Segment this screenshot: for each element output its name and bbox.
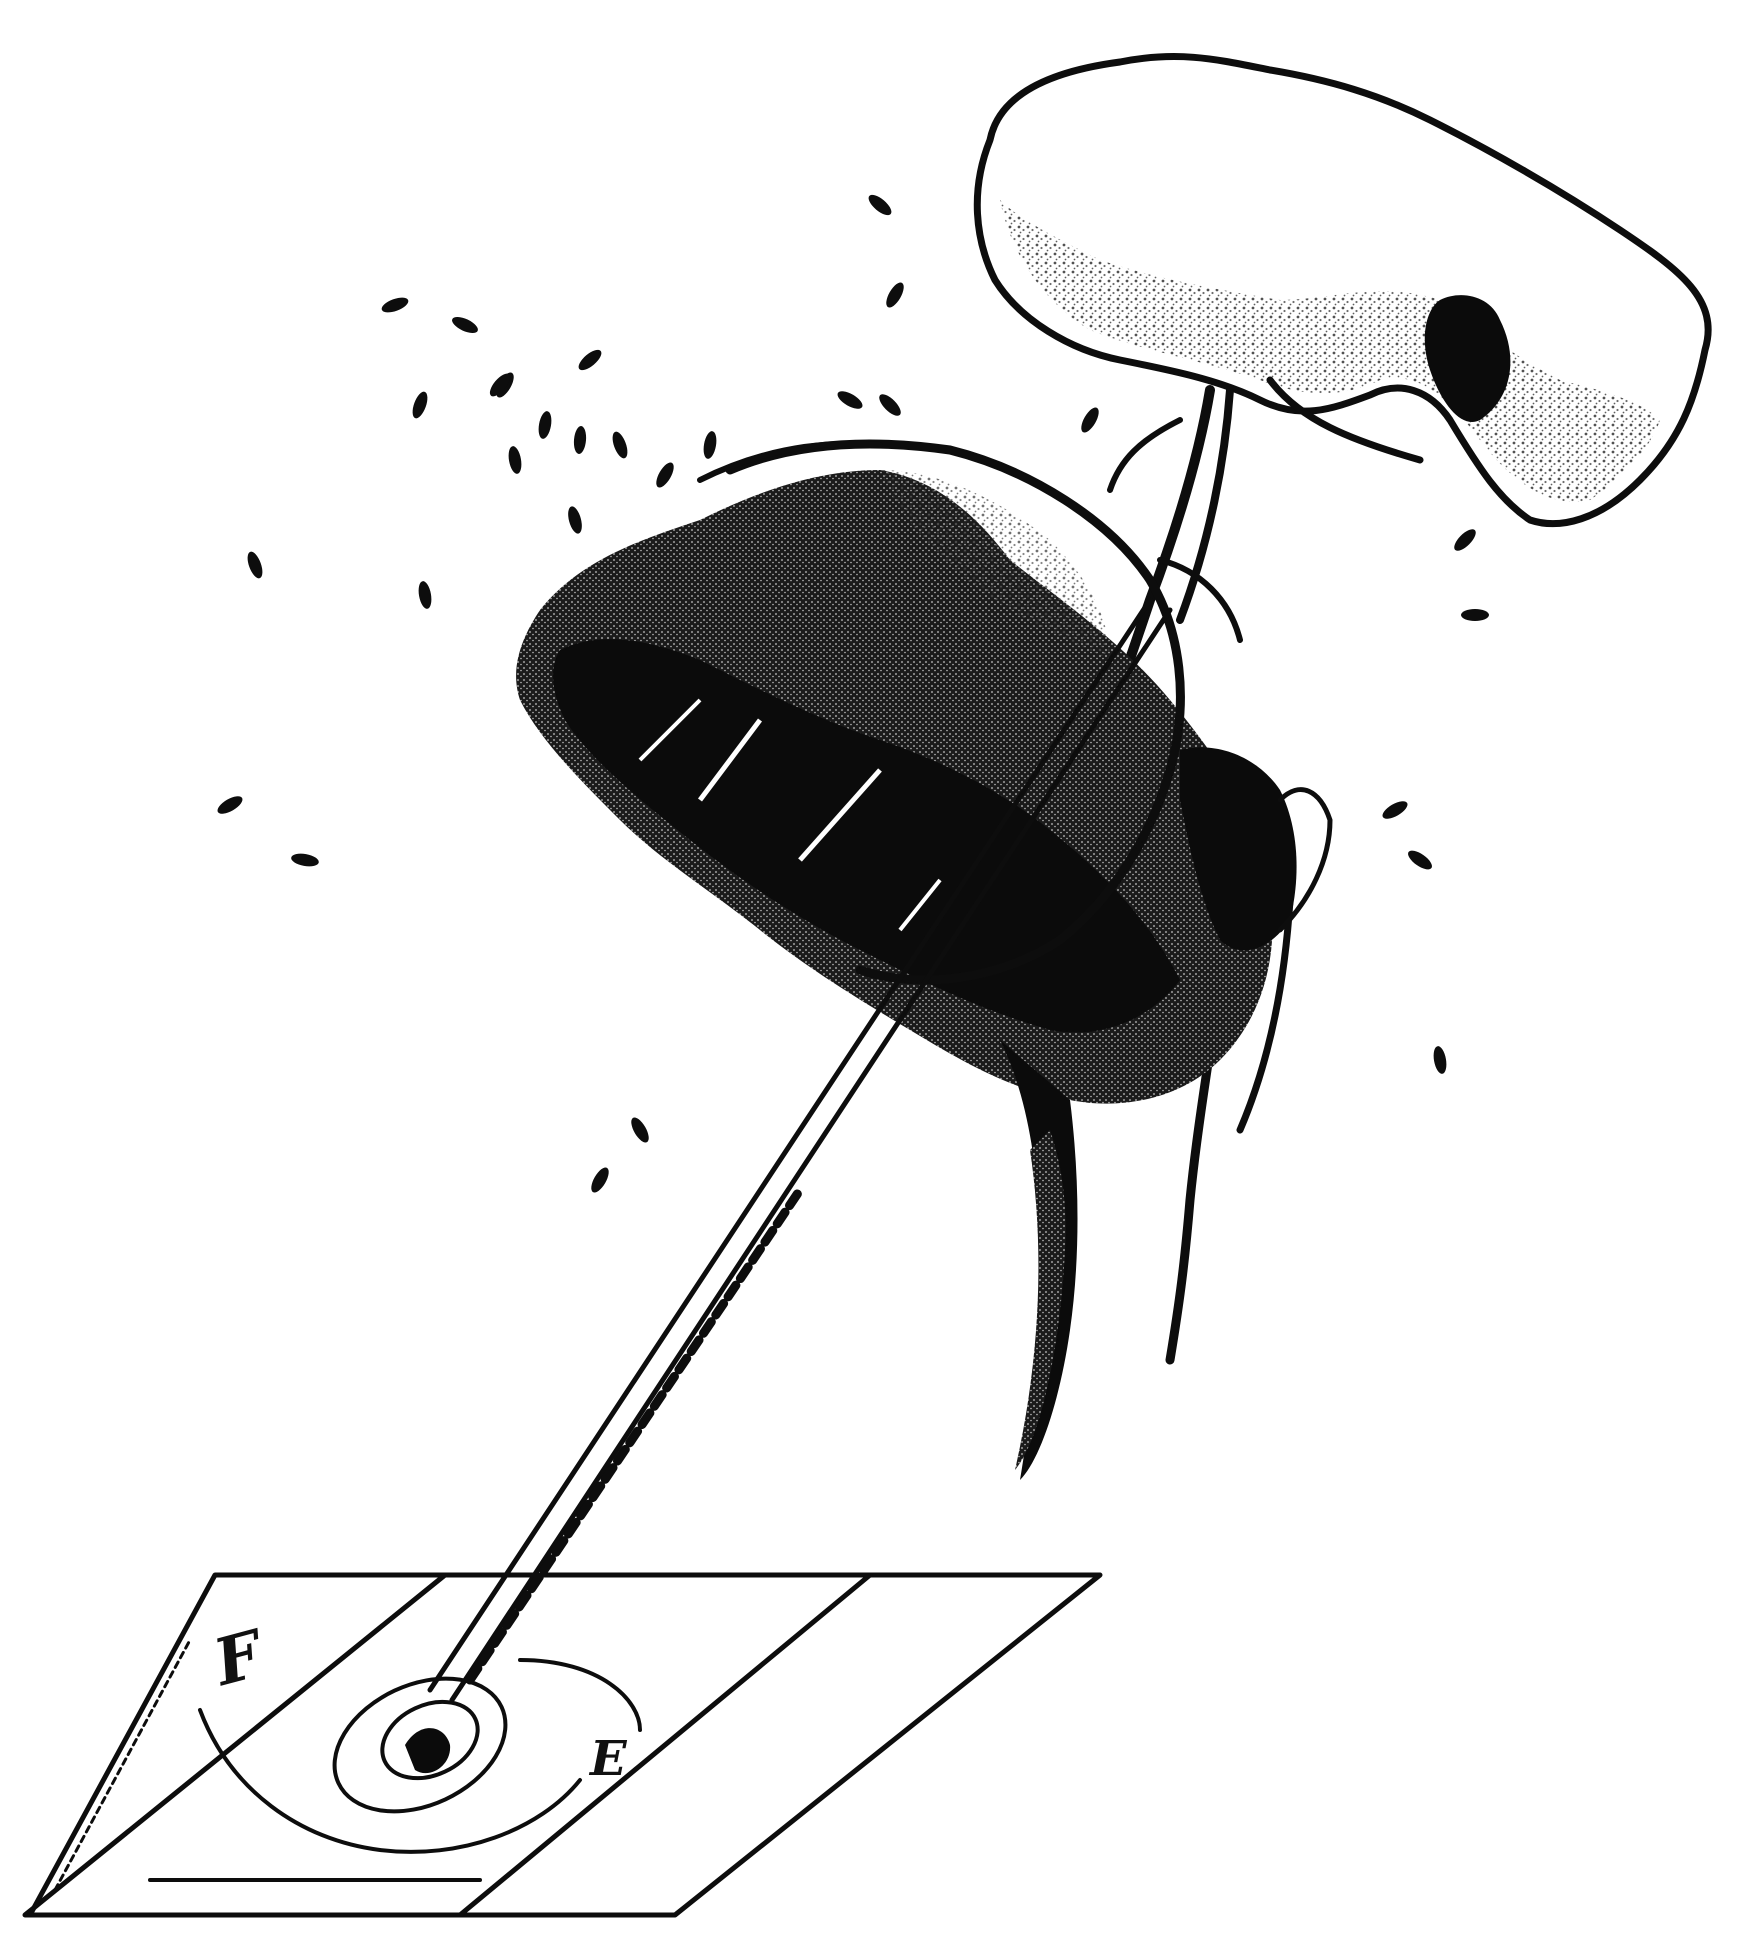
bee-icon [575,346,604,373]
bee-swarm-illustration: F E [0,0,1746,1941]
bee-icon [573,426,587,455]
bee-icon [865,191,894,218]
bee-icon [1405,847,1435,873]
bee-icon [410,390,431,420]
bee-icon [1432,1045,1449,1075]
card-label-e: E [588,1731,628,1787]
bee-icon [380,295,410,316]
bee-icon [610,430,631,460]
bee-icon [835,388,865,412]
bee-icon [566,505,585,535]
bee-icon [507,445,524,475]
bee-icon [702,430,719,460]
swarm-cluster [516,470,1330,1480]
card-label-f: F [205,1616,275,1702]
ground-card: F E [25,1575,1100,1915]
bee-icon [245,550,266,580]
bee-icon [628,1115,652,1145]
bee-icon [883,280,907,310]
bee-icon [588,1165,612,1195]
tree-canopy [977,57,1708,524]
bee-icon [653,460,677,490]
bee-icon [417,580,434,610]
bee-icon [1078,405,1102,435]
bee-icon [215,793,245,817]
bee-icon [876,391,904,419]
bee-icon [1380,798,1410,822]
bee-icon [450,314,480,337]
bee-icon [290,852,320,869]
bee-icon [1461,609,1489,621]
bee-icon [1451,526,1479,554]
bee-icon [537,410,554,440]
